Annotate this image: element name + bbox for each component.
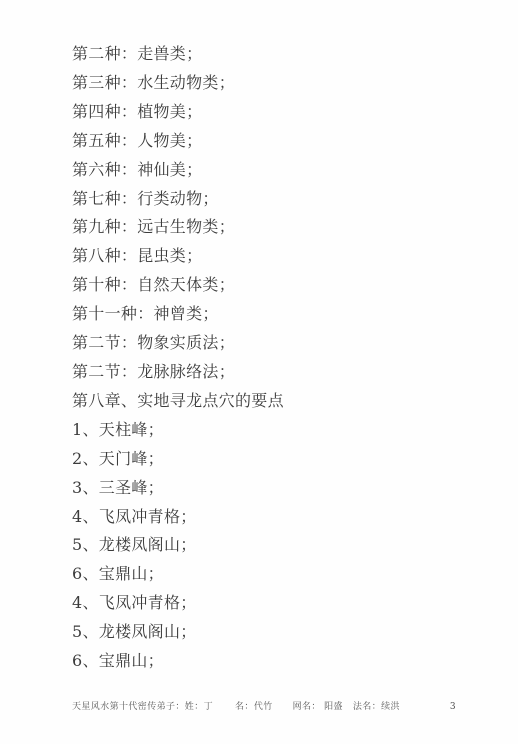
document-line: 第六种：神仙美；	[72, 156, 498, 185]
list-item: 4、飞凤冲青格；	[72, 589, 498, 618]
document-line: 第二节：龙脉脉络法；	[72, 358, 498, 387]
document-line: 第五种：人物美；	[72, 127, 498, 156]
footer-dharma-name: 法名：续洪	[353, 699, 400, 712]
page-footer: 天星风水第十代密传弟子：姓：丁 名：代竹 网名： 阳盛 法名：续洪 3	[72, 699, 456, 712]
list-item: 4、飞凤冲青格；	[72, 503, 498, 532]
document-line: 第三种：水生动物类；	[72, 69, 498, 98]
document-line: 第八种：昆虫类；	[72, 242, 498, 271]
document-line: 第九种：远古生物类；	[72, 213, 498, 242]
document-line: 第四种：植物美；	[72, 98, 498, 127]
list-item: 3、三圣峰；	[72, 474, 498, 503]
document-line: 第十种：自然天体类；	[72, 271, 498, 300]
list-item: 5、龙楼凤阁山；	[72, 618, 498, 647]
list-item: 2、天门峰；	[72, 445, 498, 474]
footer-given-name: 名：代竹	[235, 699, 273, 712]
footer-lineage-name: 天星风水第十代密传弟子：姓：丁	[72, 699, 213, 712]
document-line: 第七种：行类动物；	[72, 185, 498, 214]
footer-web-name: 网名： 阳盛	[293, 699, 343, 712]
document-body: 第二种：走兽类； 第三种：水生动物类； 第四种：植物美； 第五种：人物美； 第六…	[72, 40, 498, 676]
list-item: 5、龙楼凤阁山；	[72, 531, 498, 560]
document-line: 第二种：走兽类；	[72, 40, 498, 69]
list-item: 6、宝鼎山；	[72, 647, 498, 676]
list-item: 6、宝鼎山；	[72, 560, 498, 589]
list-item: 1、天柱峰；	[72, 416, 498, 445]
document-page: 第二种：走兽类； 第三种：水生动物类； 第四种：植物美； 第五种：人物美； 第六…	[0, 0, 518, 744]
chapter-heading: 第八章、实地寻龙点穴的要点	[72, 387, 498, 416]
document-line: 第二节：物象实质法；	[72, 329, 498, 358]
document-line: 第十一种：神曾类；	[72, 300, 498, 329]
page-number: 3	[450, 702, 456, 712]
